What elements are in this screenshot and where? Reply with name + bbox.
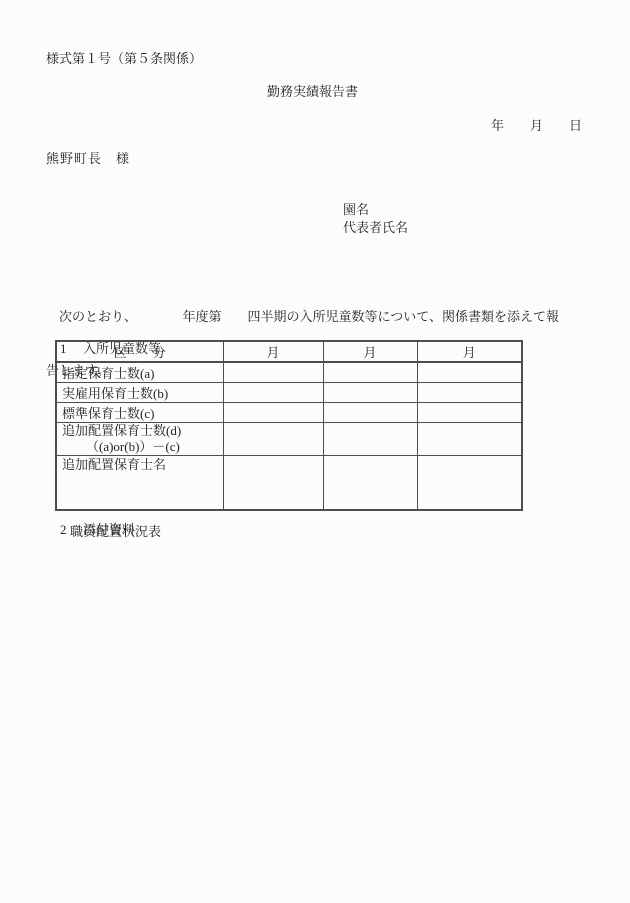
value-cell bbox=[223, 456, 323, 510]
row-label: 追加配置保育士名 bbox=[56, 456, 223, 510]
document-page: 様式第１号（第５条関係） 勤務実績報告書 年 月 日 熊野町長 様 園名 代表者… bbox=[0, 0, 630, 903]
value-cell bbox=[417, 403, 522, 423]
value-cell bbox=[323, 383, 417, 403]
table-row-standard-staff: 標準保育士数(c) bbox=[56, 403, 522, 423]
col-header-month-2: 月 bbox=[323, 341, 417, 362]
attachment-name: 職員配置状況表 bbox=[70, 521, 161, 540]
value-cell bbox=[323, 403, 417, 423]
row-label: 標準保育士数(c) bbox=[56, 403, 223, 423]
representative-name-label: 代表者氏名 bbox=[343, 217, 408, 236]
table-row-additional-staff-names: 追加配置保育士名 bbox=[56, 456, 522, 510]
col-header-month-1: 月 bbox=[223, 341, 323, 362]
addressee: 熊野町長 様 bbox=[46, 148, 130, 167]
table-row-additional-staff-count: 追加配置保育士数(d) （(a)or(b)）－(c) bbox=[56, 423, 522, 456]
value-cell bbox=[223, 403, 323, 423]
value-cell bbox=[223, 362, 323, 383]
row-label-line-1: 追加配置保育士数(d) bbox=[62, 423, 218, 439]
value-cell bbox=[417, 383, 522, 403]
admission-count-table: 区 分 月 月 月 指定保育士数(a) 実雇用保育士数(b) 標準保育士数(c) bbox=[55, 340, 523, 511]
row-label-line-2: （(a)or(b)）－(c) bbox=[62, 439, 218, 455]
value-cell bbox=[323, 456, 417, 510]
col-header-month-3: 月 bbox=[417, 341, 522, 362]
value-cell bbox=[223, 383, 323, 403]
value-cell bbox=[417, 456, 522, 510]
value-cell bbox=[417, 362, 522, 383]
document-title: 勤務実績報告書 bbox=[267, 81, 358, 100]
row-label: 指定保育士数(a) bbox=[56, 362, 223, 383]
row-label: 実雇用保育士数(b) bbox=[56, 383, 223, 403]
form-number: 様式第１号（第５条関係） bbox=[46, 48, 202, 67]
value-cell bbox=[223, 423, 323, 456]
date-line: 年 月 日 bbox=[491, 115, 582, 134]
org-name-label: 園名 bbox=[343, 199, 369, 218]
table-row-designated-childcare-staff: 指定保育士数(a) bbox=[56, 362, 522, 383]
col-header-category: 区 分 bbox=[56, 341, 223, 362]
value-cell bbox=[323, 423, 417, 456]
value-cell bbox=[323, 362, 417, 383]
table-header-row: 区 分 月 月 月 bbox=[56, 341, 522, 362]
value-cell bbox=[417, 423, 522, 456]
row-label: 追加配置保育士数(d) （(a)or(b)）－(c) bbox=[56, 423, 223, 456]
table-row-actual-employed-staff: 実雇用保育士数(b) bbox=[56, 383, 522, 403]
